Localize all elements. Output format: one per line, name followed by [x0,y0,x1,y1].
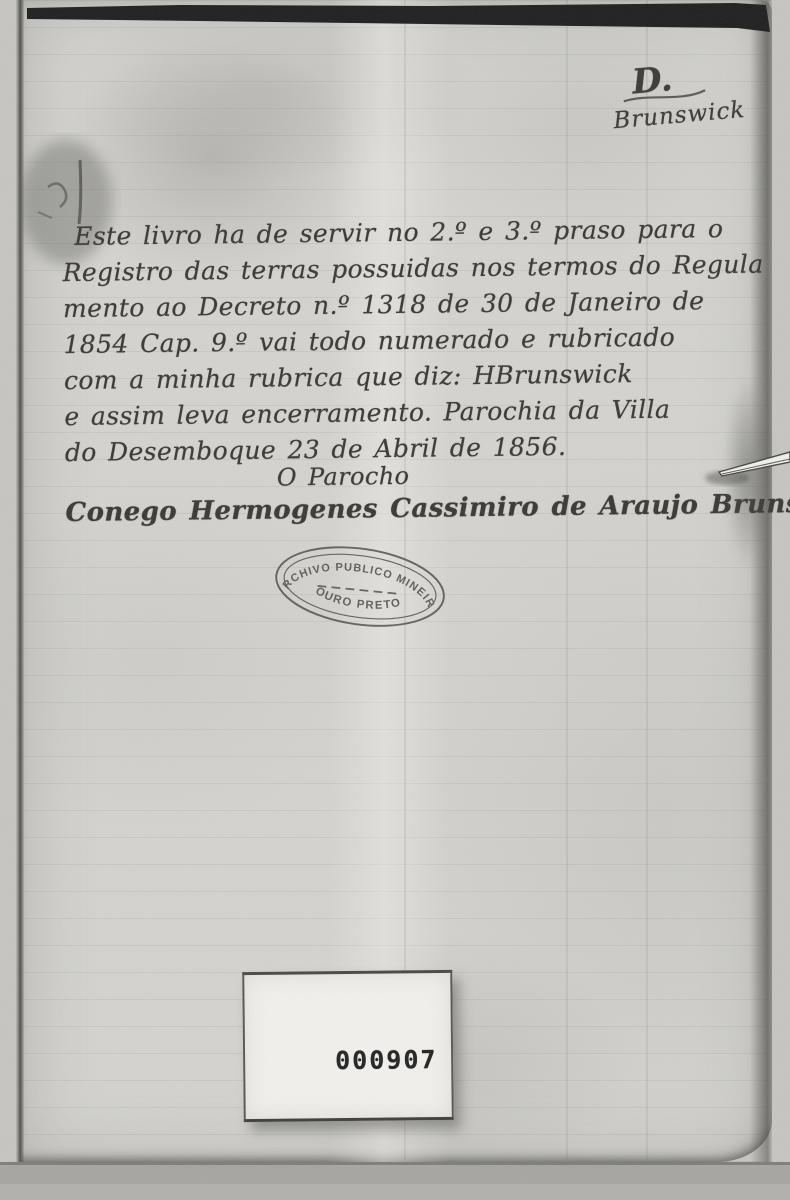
stamp-bottom-text: OURO PRETO [312,585,404,617]
catalog-number: 000907 [335,1045,438,1075]
corner-annotation: D. Brunswick [596,49,773,153]
scanned-document-page: D. Brunswick Este livro ha de servir no … [0,0,790,1200]
svg-text:OURO PRETO: OURO PRETO [312,585,404,617]
paper-crease [646,0,648,1160]
scanner-bed-bottom [0,1162,790,1200]
closing-title: O Parocho [243,461,443,491]
paper-crease [566,0,568,1160]
page-right-edge-shadow [750,0,772,1162]
bookmark-needle [693,438,790,490]
catalog-number-label: 000907 [242,970,454,1122]
